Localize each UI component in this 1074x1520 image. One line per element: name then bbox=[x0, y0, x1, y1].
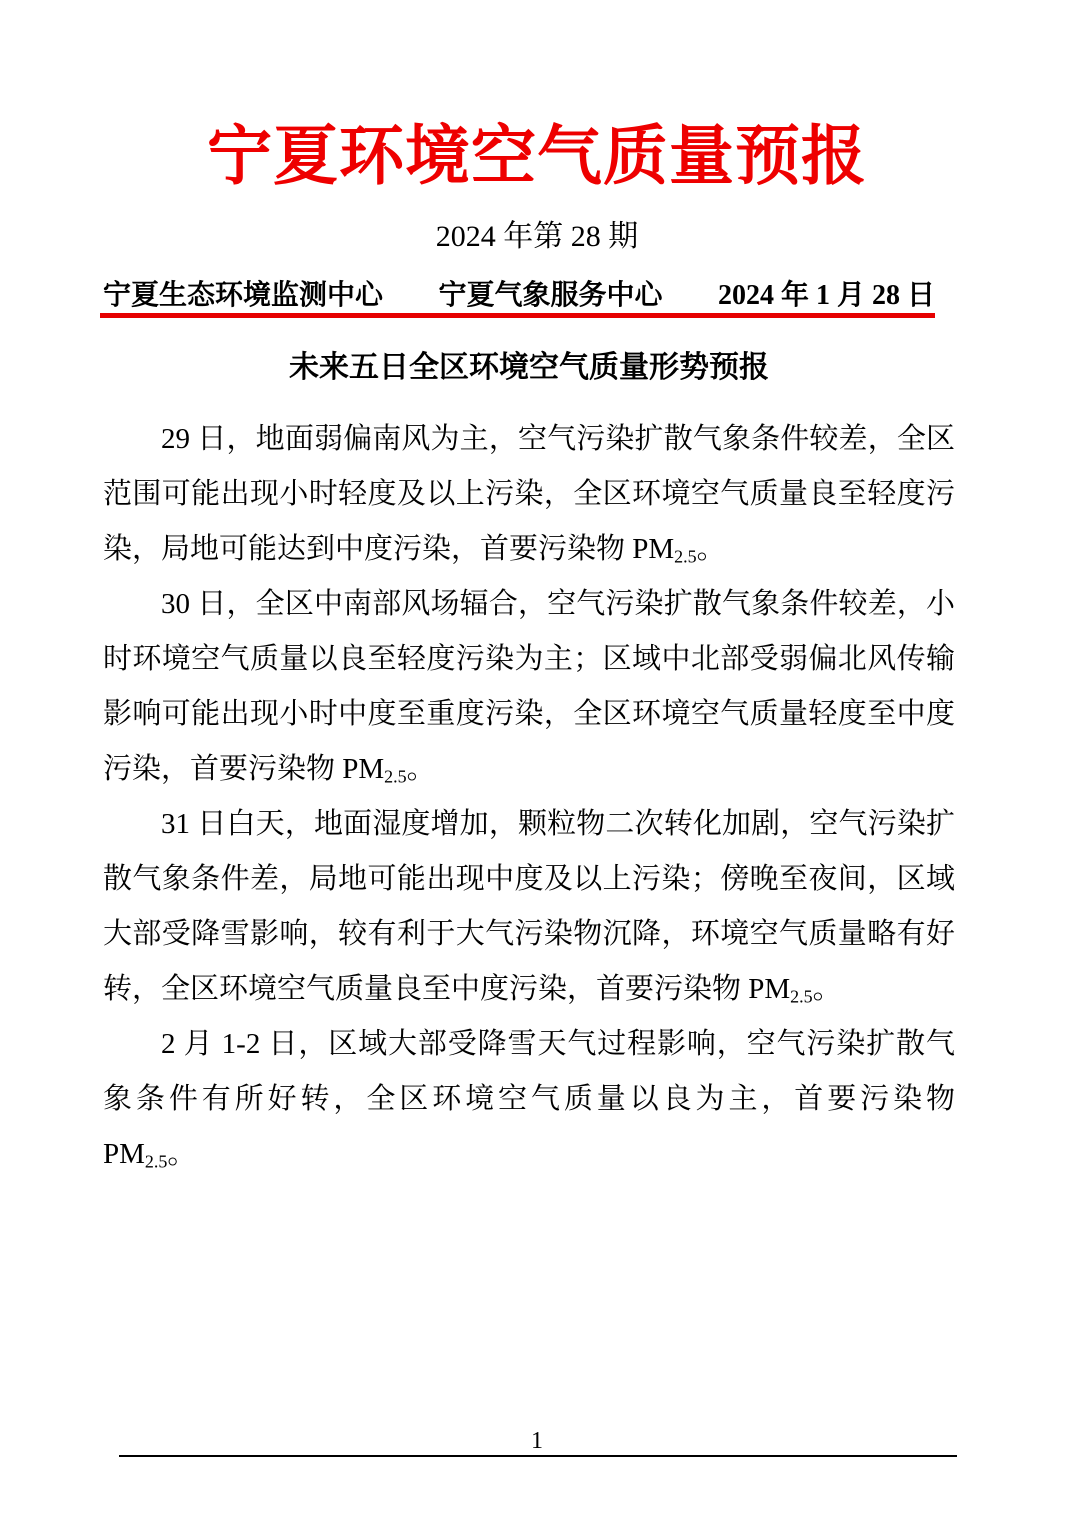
pm25-subscript: 2.5 bbox=[790, 986, 812, 1006]
footer-rule bbox=[119, 1455, 957, 1457]
forecast-paragraph: 31 日白天，地面湿度增加，颗粒物二次转化加剧，空气污染扩散气象条件差，局地可能… bbox=[103, 797, 955, 1017]
forecast-paragraphs: 29 日，地面弱偏南风为主，空气污染扩散气象条件较差，全区范围可能出现小时轻度及… bbox=[103, 412, 955, 1182]
section-title: 未来五日全区环境空气质量形势预报 bbox=[103, 349, 955, 387]
page-number: 1 bbox=[0, 1427, 1074, 1455]
masthead-row: 宁夏生态环境监测中心 宁夏气象服务中心 2024 年 1 月 28 日 bbox=[103, 279, 935, 313]
forecast-paragraph: 29 日，地面弱偏南风为主，空气污染扩散气象条件较差，全区范围可能出现小时轻度及… bbox=[103, 412, 955, 577]
pm25-subscript: 2.5 bbox=[384, 766, 406, 786]
pm25-subscript: 2.5 bbox=[674, 546, 696, 566]
forecast-paragraph: 2 月 1-2 日，区域大部受降雪天气过程影响，空气污染扩散气象条件有所好转，全… bbox=[103, 1017, 955, 1182]
issue-number: 2024 年第 28 期 bbox=[0, 218, 1074, 256]
agency-monitoring-center: 宁夏生态环境监测中心 bbox=[103, 279, 383, 313]
pm25-subscript: 2.5 bbox=[145, 1151, 167, 1171]
publish-date: 2024 年 1 月 28 日 bbox=[718, 279, 935, 313]
document-page: 宁夏环境空气质量预报 2024 年第 28 期 宁夏生态环境监测中心 宁夏气象服… bbox=[0, 0, 1074, 1520]
red-divider-rule bbox=[100, 313, 935, 318]
agency-meteorological-center: 宁夏气象服务中心 bbox=[438, 279, 662, 313]
forecast-paragraph: 30 日，全区中南部风场辐合，空气污染扩散气象条件较差，小时环境空气质量以良至轻… bbox=[103, 577, 955, 797]
doc-title: 宁夏环境空气质量预报 bbox=[0, 121, 1074, 194]
